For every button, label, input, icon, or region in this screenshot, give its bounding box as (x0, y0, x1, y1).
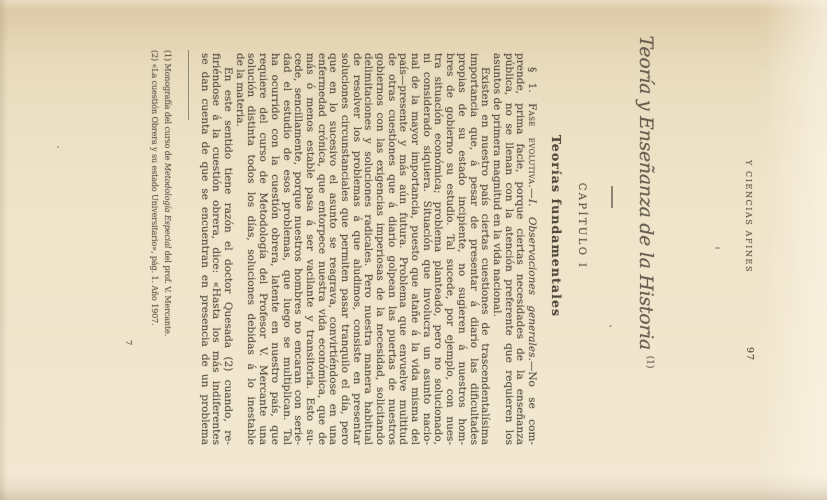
title-footnote-ref: (1) (644, 356, 654, 369)
footnote-1-italic: Metodología Especial (163, 163, 172, 248)
observations-label: I. Observaciones generales. (526, 199, 538, 361)
paper-speck (715, 247, 720, 249)
body-line: de la materia. (233, 53, 245, 445)
body-line: dad el estudio de esos problemas, que lu… (280, 53, 292, 445)
body-line: soluciones circunstanciales que permiten… (338, 53, 350, 445)
body-line: bres de gobierno su estudio. Tal sucede,… (444, 53, 456, 445)
footnote-1: (1) Monografía del curso de Metodología … (162, 50, 172, 450)
body-line: requiere del curso de Metodología del Pr… (257, 53, 269, 445)
phase-label: Fase evolutiva.— (526, 103, 538, 199)
body-line: importancia que, á pesar de presentar á … (467, 53, 479, 445)
body-line: asuntos de primera magnitud en la vida n… (490, 53, 502, 445)
footnote-2: (2) «La cuestión Obrera y su estado Univ… (149, 50, 159, 450)
body-line: nal de la mayor importancia, puesto que … (408, 53, 420, 445)
paper-speck (609, 325, 612, 327)
article-title-text: Teoría y Enseñanza de la Historia (635, 36, 657, 350)
paper-speck (57, 146, 59, 148)
body-line: gobiernos con las exigencias imperiosas … (373, 53, 385, 445)
page-number: 97 (744, 347, 755, 361)
body-line: Existen en nuestro país ciertas cuestion… (479, 53, 491, 445)
chapter-heading: CAPÍTULO I (576, 30, 587, 422)
body-line: firiéndose á la cuestión obrera, dice: «… (210, 53, 222, 445)
article-title: Teoría y Enseñanza de la Historia (1) (635, 0, 657, 404)
body-line: se dan cuenta de que se encuentran en pr… (198, 53, 210, 445)
body-line: solución distinta todos los días, soluci… (245, 53, 257, 445)
body-line: pública, no se llenan con la atención pr… (502, 53, 514, 445)
scanned-book-page: Y CIENCIAS AFINES 97 Teoría y Enseñanza … (0, 0, 827, 500)
body-line: ha ocurrido con la cuestión obrera, late… (268, 53, 280, 445)
body-line: propias de su estado incipiente, no sugi… (455, 53, 467, 445)
footnote-1-post: del prof. V. Mercante. (163, 248, 172, 336)
body-line: de resolver los problemas á que aludimos… (350, 53, 362, 445)
title-rule (612, 186, 614, 208)
body-line: delimitaciones y soluciones radicales. P… (362, 53, 374, 445)
footnote-1-pre: (1) Monografía del curso de (163, 50, 172, 163)
footnote-rule (188, 50, 189, 120)
book-page: Y CIENCIAS AFINES 97 Teoría y Enseñanza … (0, 0, 827, 500)
running-header: Y CIENCIAS AFINES 97 (741, 0, 755, 500)
body-line: que en lo sucesivo el asunto se reagrava… (327, 53, 339, 445)
body-line: prende, prima facie, porque ciertas nece… (514, 53, 526, 445)
body-line-first: § 1. Fase evolutiva.—I. Observaciones ge… (525, 53, 537, 445)
body-line: país—presente y más aún futura. Problema… (397, 53, 409, 445)
body-line: enfermedad crónica, que entorpece nuestr… (315, 53, 327, 445)
signature-mark: 7 (123, 340, 133, 345)
body-line: de otras cuestiones que á diario golpean… (385, 53, 397, 445)
running-title: Y CIENCIAS AFINES (744, 160, 753, 273)
body-text: § 1. Fase evolutiva.—I. Observaciones ge… (198, 53, 537, 445)
body-line: En este sentido tiene razón el doctor Qu… (221, 53, 233, 445)
paper-speck (299, 59, 301, 61)
body-line: más ó menos estable pasa á ser vacilante… (303, 53, 315, 445)
body-line: ni considerado siquiera. Situación que i… (420, 53, 432, 445)
line1-rest: —No se com- (526, 361, 538, 445)
body-line: cede, sencillamente, porque nuestros hom… (292, 53, 304, 445)
body-line: tra situación económica; problema plante… (432, 53, 444, 445)
section-number: § 1. (526, 67, 538, 103)
section-heading: Teorías fundamentales (549, 30, 564, 422)
